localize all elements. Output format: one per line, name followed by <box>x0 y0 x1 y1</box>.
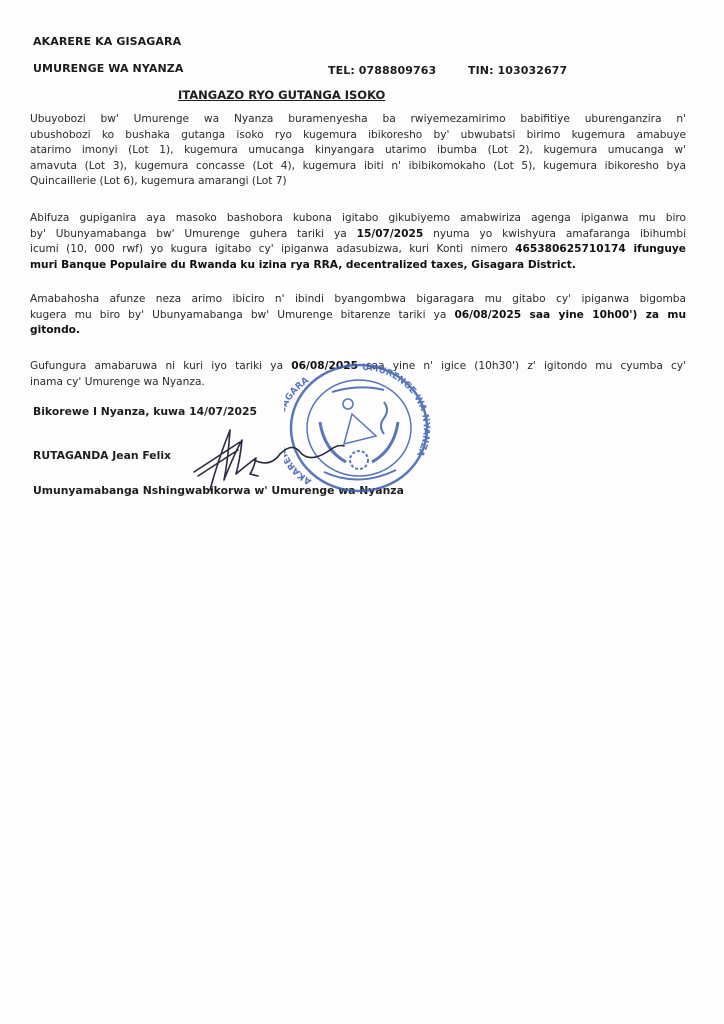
document-page: AKARERE KA GISAGARA UMURENGE WA NYANZA T… <box>0 0 724 1024</box>
stamp-ring-text-right: UMURENGE WA NYANZA <box>362 363 431 458</box>
telephone: TEL: 0788809763 <box>328 64 436 77</box>
signatory-name: RUTAGANDA Jean Felix <box>33 449 171 462</box>
text-line: Abifuza gupiganira aya masoko bashobora … <box>30 211 686 227</box>
deadline: 06/08/2025 saa yine 10h00') za mu <box>454 309 686 321</box>
text-span: gitondo. <box>30 324 80 336</box>
paragraph-submission: Amabahosha afunze neza arimo ibiciro n' … <box>30 292 686 339</box>
text-line: atarimo imonyi (Lot 1), kugemura umucang… <box>30 143 686 159</box>
paragraph-tender-lots: Ubuyobozi bw' Umurenge wa Nyanza buramen… <box>30 112 686 190</box>
handwritten-signature-icon <box>180 420 350 500</box>
text-line: muri Banque Populaire du Rwanda ku izina… <box>30 258 686 274</box>
start-date: 15/07/2025 <box>357 228 424 240</box>
text-line: icumi (10, 000 rwf) yo kugura igitabo cy… <box>30 242 686 258</box>
text-line: Amabahosha afunze neza arimo ibiciro n' … <box>30 292 686 308</box>
paragraph-tender-document: Abifuza gupiganira aya masoko bashobora … <box>30 211 686 273</box>
tin-number: TIN: 103032677 <box>468 64 567 77</box>
text-line: Quincaillerie (Lot 6), kugemura amarangi… <box>30 174 686 190</box>
account-number: 465380625710174 ifunguye <box>515 243 686 255</box>
text-span: by' Ubunyamabanga bw' Umurenge guhera ta… <box>30 228 357 240</box>
text-line: ubushobozi ko bushaka gutanga isoko ryo … <box>30 128 686 144</box>
text-line: amavuta (Lot 3), kugemura concasse (Lot … <box>30 159 686 175</box>
notice-title: ITANGAZO RYO GUTANGA ISOKO <box>178 88 385 102</box>
district-name: AKARERE KA GISAGARA <box>33 35 181 48</box>
bank-details: muri Banque Populaire du Rwanda ku izina… <box>30 259 576 271</box>
place-and-date: Bikorewe I Nyanza, kuwa 14/07/2025 <box>33 405 257 418</box>
text-span: Gufungura amabaruwa ni kuri iyo tariki y… <box>30 360 291 372</box>
text-line: gitondo. <box>30 323 686 339</box>
sector-name: UMURENGE WA NYANZA <box>33 62 183 75</box>
text-span: icumi (10, 000 rwf) yo kugura igitabo cy… <box>30 243 515 255</box>
text-line: kugera mu biro by' Ubunyamabanga bw' Umu… <box>30 308 686 324</box>
text-line: by' Ubunyamabanga bw' Umurenge guhera ta… <box>30 227 686 243</box>
text-span: nyuma yo kwishyura amafaranga ibihumbi <box>423 228 686 240</box>
text-span: kugera mu biro by' Ubunyamabanga bw' Umu… <box>30 309 454 321</box>
text-line: Ubuyobozi bw' Umurenge wa Nyanza buramen… <box>30 112 686 128</box>
